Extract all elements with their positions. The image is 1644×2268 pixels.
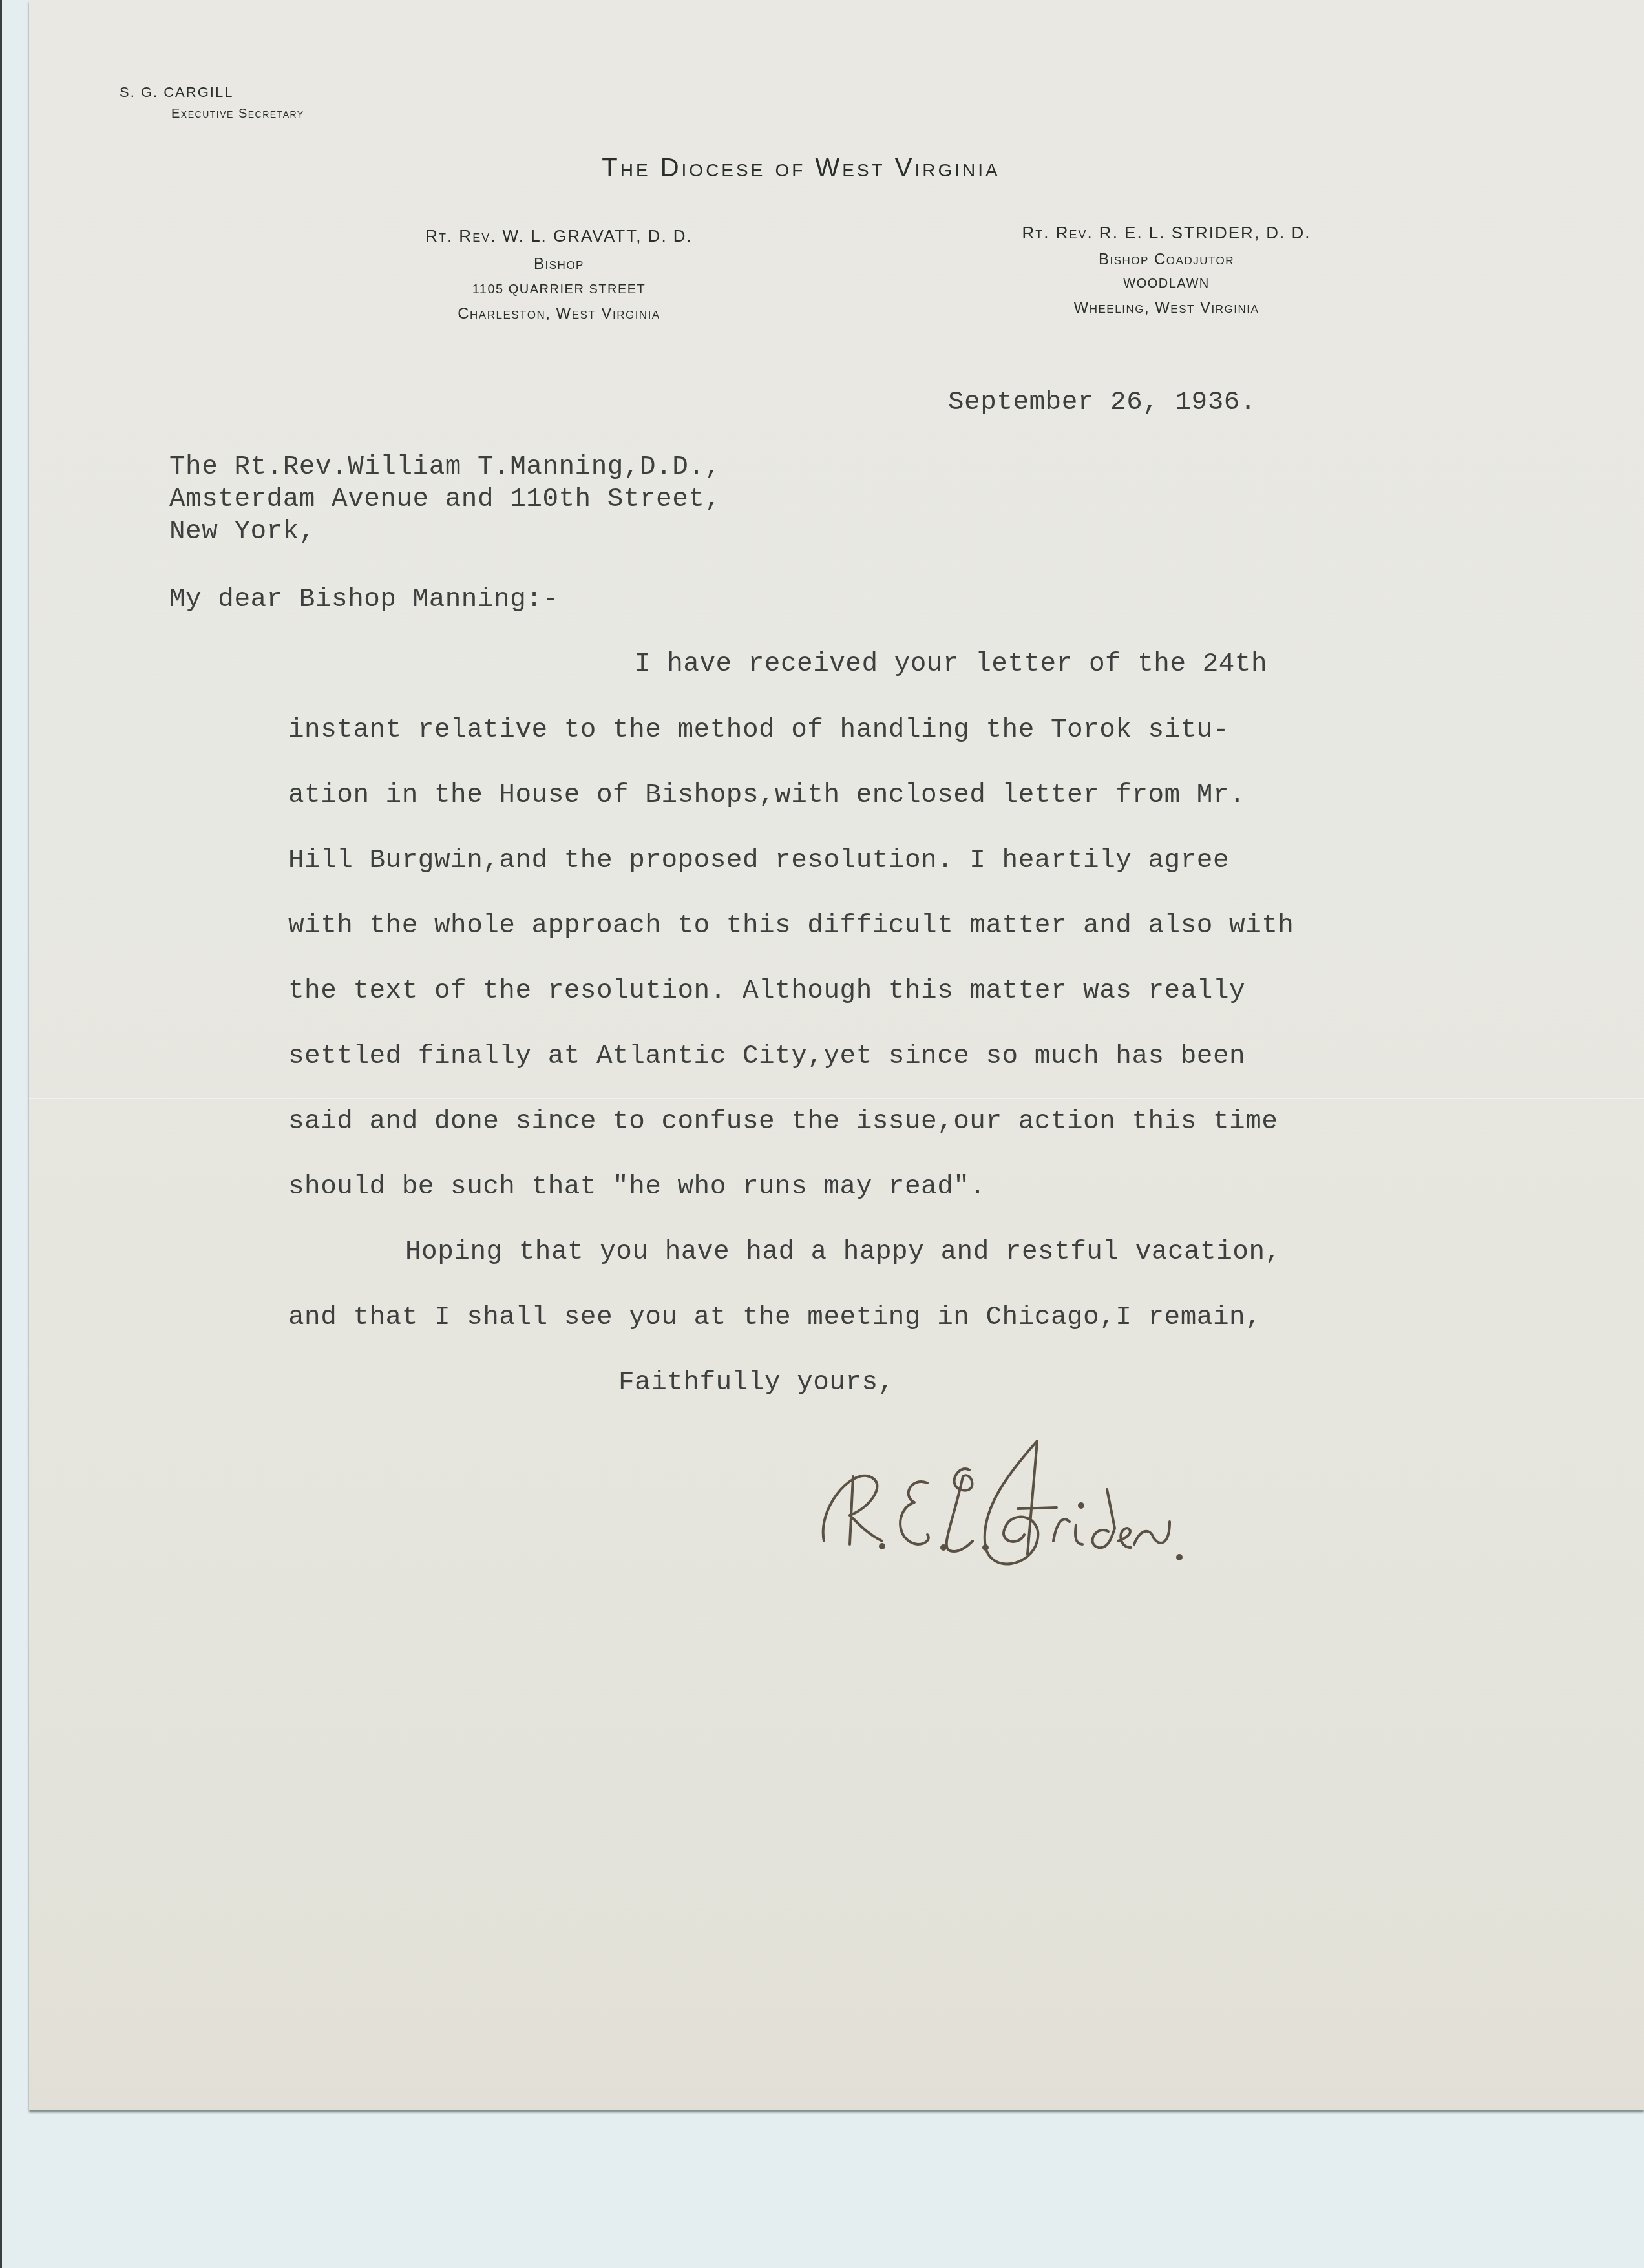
body-line: and that I shall see you at the meeting … [288,1303,1261,1332]
bishop-street: 1105 QUARRIER STREET [333,282,785,297]
body-line: instant relative to the method of handli… [288,715,1229,745]
body-line: ation in the House of Bishops,with enclo… [288,781,1245,810]
bishop-title: Bishop [333,255,785,273]
secretary-name: S. G. CARGILL [120,84,233,101]
bishop-block: Rt. Rev. W. L. GRAVATT, D. D. Bishop 110… [333,226,785,323]
body-line: said and done since to confuse the issue… [288,1107,1278,1137]
body-line: settled finally at Atlantic City,yet sin… [288,1042,1245,1071]
coadjutor-street: WOODLAWN [934,277,1399,291]
letter-page: S. G. CARGILL Executive Secretary The Di… [29,0,1644,2110]
coadjutor-name: Rt. Rev. R. E. L. STRIDER, D. D. [934,223,1399,243]
organization-title: The Diocese of West Virginia [0,154,1608,183]
letter-date: September 26, 1936. [948,388,1256,417]
secretary-title: Executive Secretary [171,107,304,121]
scanner-edge [0,0,2,2268]
body-line: the text of the resolution. Although thi… [288,976,1245,1006]
body-line: should be such that "he who runs may rea… [288,1172,985,1202]
recipient-line: The Rt.Rev.William T.Manning,D.D., [169,452,721,482]
bishop-name: Rt. Rev. W. L. GRAVATT, D. D. [333,226,785,246]
body-line: with the whole approach to this difficul… [288,911,1294,941]
recipient-line: New York, [169,517,315,547]
handwritten-signature [798,1412,1380,1580]
bishop-city: Charleston, West Virginia [333,305,785,323]
body-line: Hill Burgwin,and the proposed resolution… [288,846,1229,876]
recipient-line: Amsterdam Avenue and 110th Street, [169,485,721,514]
coadjutor-block: Rt. Rev. R. E. L. STRIDER, D. D. Bishop … [934,223,1399,317]
fold-crease [29,1098,1644,1100]
coadjutor-city: Wheeling, West Virginia [934,299,1399,317]
body-line: I have received your letter of the 24th [635,649,1267,679]
coadjutor-title: Bishop Coadjutor [934,251,1399,269]
salutation: My dear Bishop Manning:- [169,585,559,614]
closing: Faithfully yours, [618,1368,894,1398]
body-line: Hoping that you have had a happy and res… [405,1237,1281,1267]
